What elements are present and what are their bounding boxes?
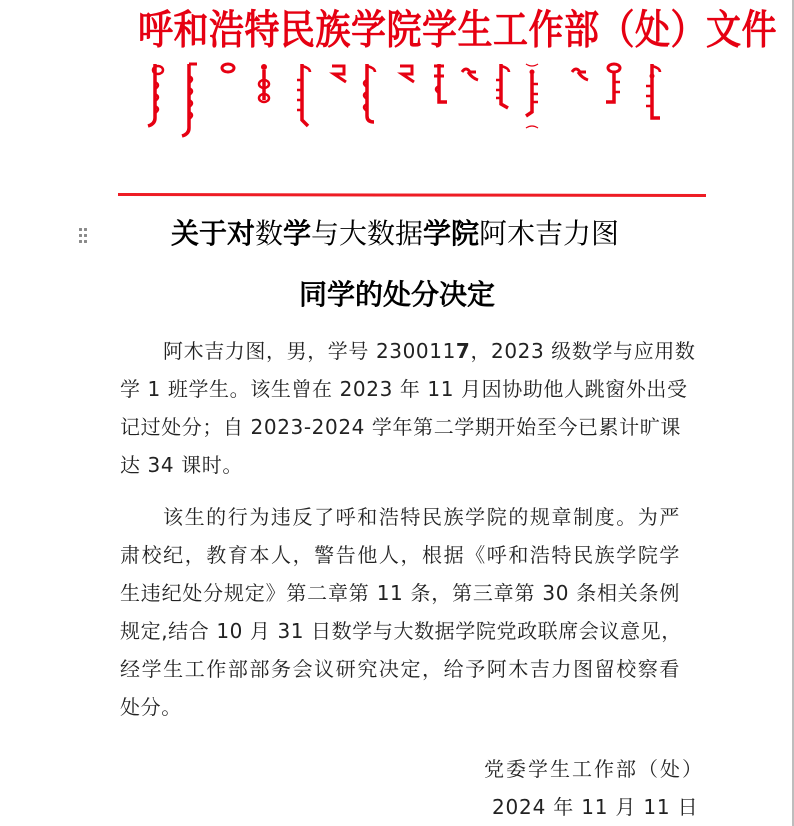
title-part: 阿木吉力图 xyxy=(479,217,619,250)
mongolian-word-4 xyxy=(254,62,274,106)
paragraph-1-line-4: 达 34 课时。 xyxy=(120,446,680,484)
signature-date: 2024 年 11 月 11 日 xyxy=(492,788,698,826)
title-part: 关于对 xyxy=(171,217,255,250)
paragraph-2-line-4: 规定,结合 10 月 31 日数学与大数据学院党政联席会议意见， xyxy=(120,612,680,650)
paragraph-2-line-2: 肃校纪，教育本人，警告他人，根据《呼和浩特民族学院学 xyxy=(120,536,680,574)
mongolian-word-8 xyxy=(396,62,418,86)
signature-department: 党委学生工作部（处） xyxy=(484,750,704,788)
bold-digit: 7 xyxy=(456,339,471,363)
document-body: 阿木吉力图，男，学号 2300117，2023 级数学与应用数 学 1 班学生。… xyxy=(120,332,680,726)
mongolian-word-11 xyxy=(490,62,512,110)
red-divider-rule xyxy=(118,193,706,197)
paragraph-1-line-3: 记过处分；自 2023-2024 学年第二学期开始至今已累计旷课 xyxy=(120,408,680,446)
title-part: 数 xyxy=(255,217,283,250)
mongolian-word-5 xyxy=(290,62,314,128)
red-header-title: 呼和浩特民族学院学生工作部（处）文件 xyxy=(138,2,698,60)
paragraph-1-line-2: 学 1 班学生。该生曾在 2023 年 11 月因协助他人跳窗外出受 xyxy=(120,370,680,408)
document-title-line-1: 关于对数学与大数据学院阿木吉力图 xyxy=(0,214,792,254)
paragraph-2-line-5: 经学生工作部部务会议研究决定，给予阿木吉力图留校察看 xyxy=(120,650,680,688)
mongolian-script-header xyxy=(140,62,700,142)
mongolian-word-1 xyxy=(144,62,166,128)
text-segment: ，2023 级数学与应用数 xyxy=(470,339,695,363)
mongolian-word-13 xyxy=(568,62,590,86)
mongolian-word-9 xyxy=(428,62,450,106)
title-part: 与大数据 xyxy=(311,217,423,250)
mongolian-word-14 xyxy=(602,62,626,106)
mongolian-word-7 xyxy=(356,62,378,124)
mongolian-word-10 xyxy=(458,62,480,86)
mongolian-word-12-parenthesized xyxy=(520,62,544,132)
mongolian-word-3 xyxy=(220,62,236,76)
mongolian-word-6 xyxy=(328,62,350,86)
mongolian-word-15 xyxy=(640,62,664,124)
paragraph-2-line-3: 生违纪处分规定》第二章第 11 条，第三章第 30 条相关条例 xyxy=(120,574,680,612)
title-part: 学院 xyxy=(423,217,479,250)
paragraph-2-line-6: 处分。 xyxy=(120,688,680,726)
text-segment: 阿木吉力图，男，学号 230011 xyxy=(163,339,456,363)
mongolian-word-2 xyxy=(178,62,200,138)
paragraph-1-line-1: 阿木吉力图，男，学号 2300117，2023 级数学与应用数 xyxy=(120,332,680,370)
document-title-line-2: 同学的处分决定 xyxy=(0,275,794,315)
title-part: 学 xyxy=(283,217,311,250)
paragraph-2-line-1: 该生的行为违反了呼和浩特民族学院的规章制度。为严 xyxy=(120,498,680,536)
